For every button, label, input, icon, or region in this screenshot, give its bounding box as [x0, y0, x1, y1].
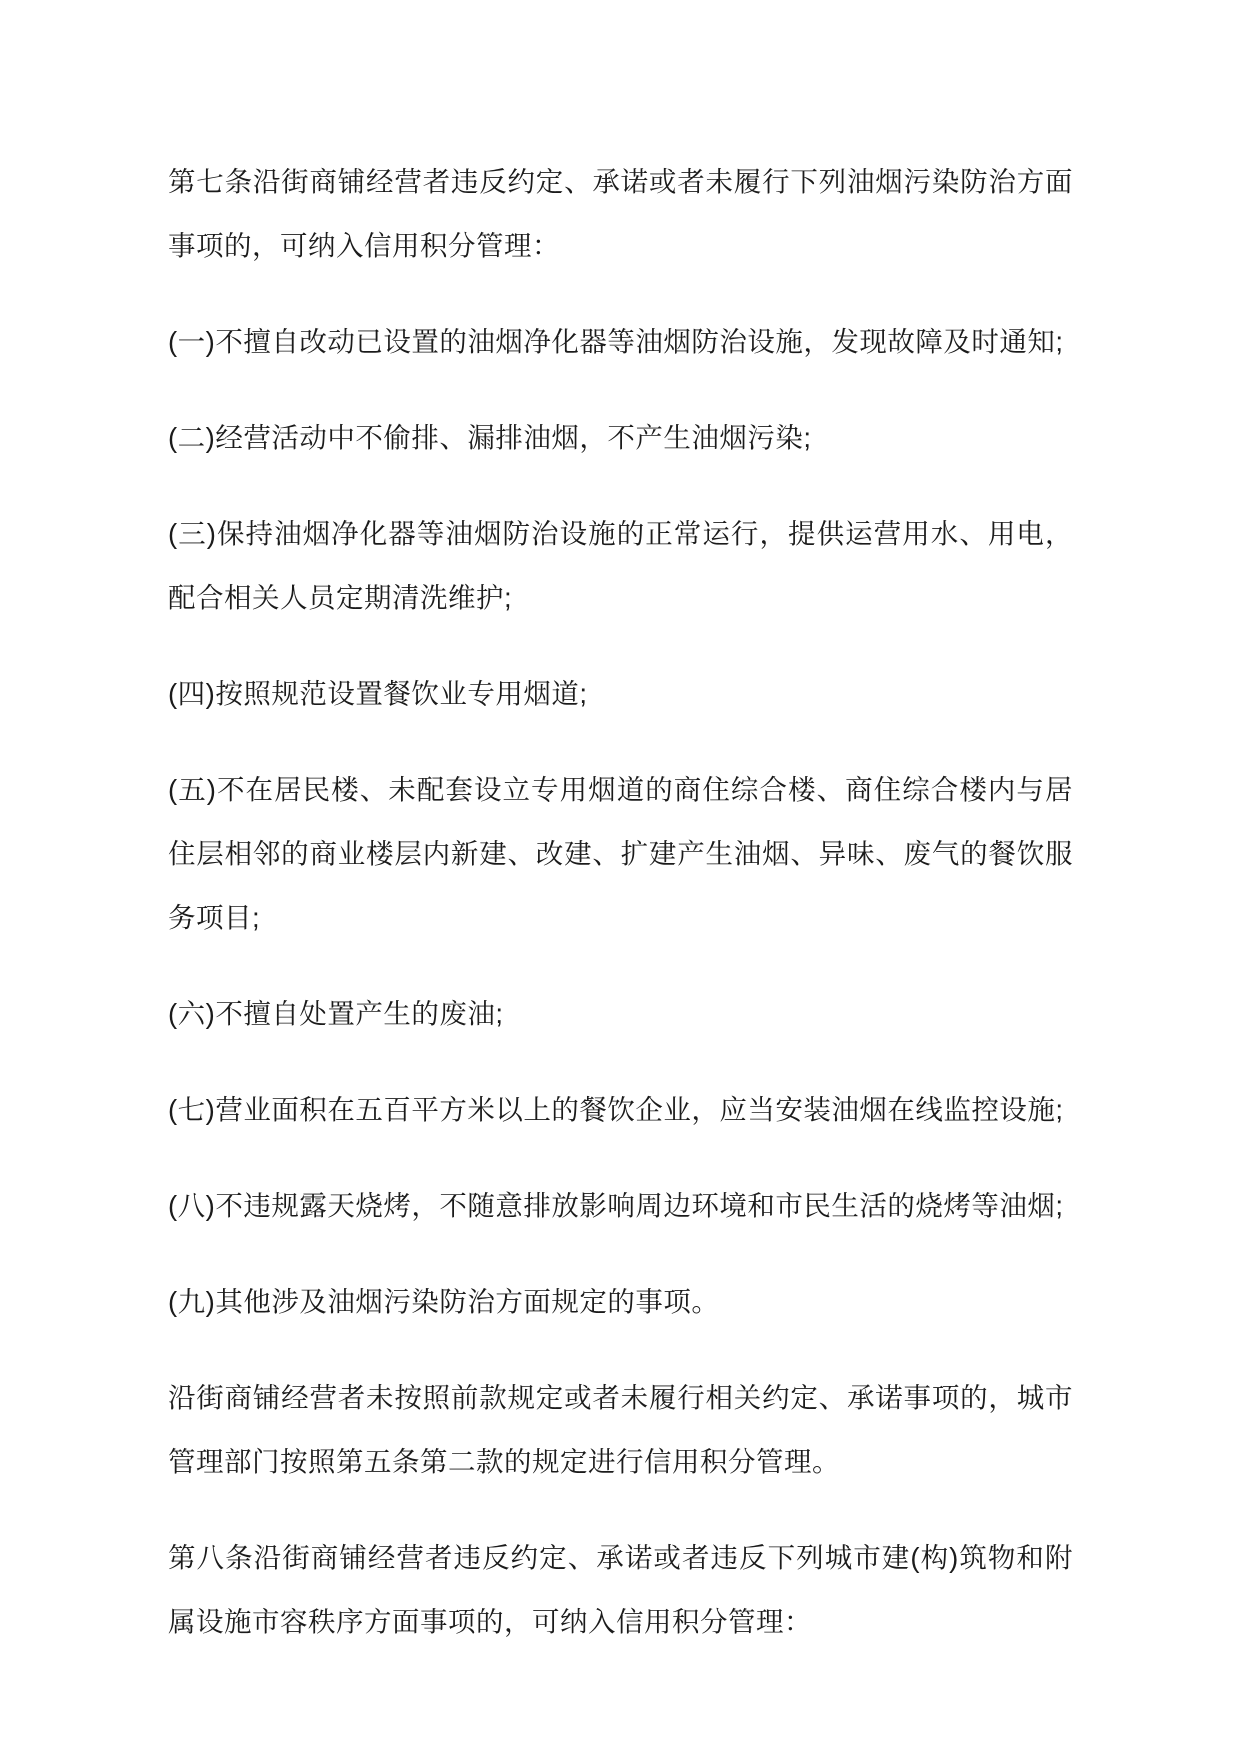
paragraph: (八)不违规露天烧烤，不随意排放影响周边环境和市民生活的烧烤等油烟;: [168, 1174, 1073, 1238]
paragraph: (九)其他涉及油烟污染防治方面规定的事项。: [168, 1270, 1073, 1334]
paragraph: (七)营业面积在五百平方米以上的餐饮企业，应当安装油烟在线监控设施;: [168, 1078, 1073, 1142]
paragraph: 沿街商铺经营者未按照前款规定或者未履行相关约定、承诺事项的，城市管理部门按照第五…: [168, 1366, 1073, 1494]
paragraph: (四)按照规范设置餐饮业专用烟道;: [168, 662, 1073, 726]
paragraph: (一)不擅自改动已设置的油烟净化器等油烟防治设施，发现故障及时通知;: [168, 310, 1073, 374]
paragraph: (二)经营活动中不偷排、漏排油烟，不产生油烟污染;: [168, 406, 1073, 470]
document-body: 第七条沿街商铺经营者违反约定、承诺或者未履行下列油烟污染防治方面事项的，可纳入信…: [0, 0, 1241, 1654]
paragraph: 第七条沿街商铺经营者违反约定、承诺或者未履行下列油烟污染防治方面事项的，可纳入信…: [168, 150, 1073, 278]
document-page: 第七条沿街商铺经营者违反约定、承诺或者未履行下列油烟污染防治方面事项的，可纳入信…: [0, 0, 1241, 1754]
paragraph: 第八条沿街商铺经营者违反约定、承诺或者违反下列城市建(构)筑物和附属设施市容秩序…: [168, 1526, 1073, 1654]
paragraph: (五)不在居民楼、未配套设立专用烟道的商住综合楼、商住综合楼内与居住层相邻的商业…: [168, 758, 1073, 950]
paragraph: (三)保持油烟净化器等油烟防治设施的正常运行，提供运营用水、用电，配合相关人员定…: [168, 502, 1073, 630]
paragraph: (六)不擅自处置产生的废油;: [168, 982, 1073, 1046]
